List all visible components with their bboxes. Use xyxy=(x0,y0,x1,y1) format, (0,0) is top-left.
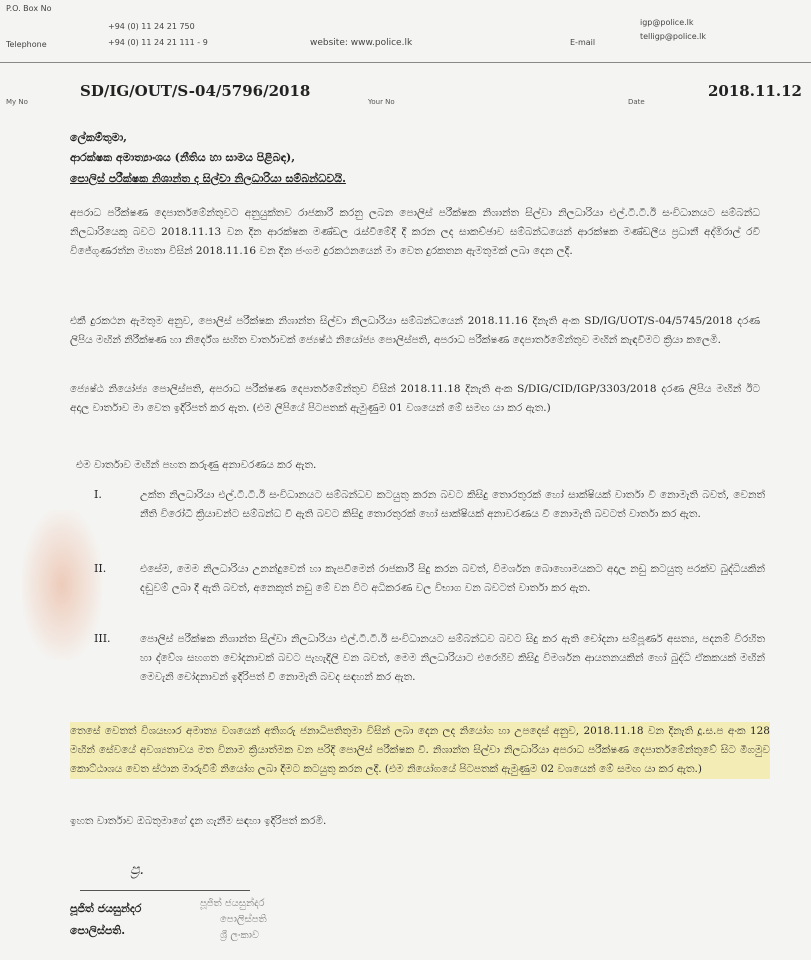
list-item-1-text: උක්ත නිලධාරියා එල්.ටී.ටී.ඊ සංවිධානයට සම්… xyxy=(140,486,765,524)
letterhead: P.O. Box No Telephone +94 (0) 11 24 21 7… xyxy=(0,0,811,80)
official-stamp: පූජිත් ජයසුන්දර පොලිස්පති ශ්‍රී ලංකාව xyxy=(200,896,267,944)
list-item-2-num: II. xyxy=(94,562,106,575)
stamp-line-3: ශ්‍රී ලංකාව xyxy=(200,928,267,944)
date-value: 2018.11.12 xyxy=(708,82,802,100)
your-no-label: Your No xyxy=(368,98,395,107)
paragraph-4: එම වාර්තාව මඟින් පහත කරුණු අනාවරණය කර ඇත… xyxy=(76,456,756,475)
signer-title: පොලිස්පති. xyxy=(70,920,141,942)
letter-page: P.O. Box No Telephone +94 (0) 11 24 21 7… xyxy=(0,0,811,960)
signer-block: පූජිත් ජයසුන්දර පොලිස්පති. xyxy=(70,898,141,942)
date-label: Date xyxy=(628,98,645,107)
paragraph-1: අපරාධ පරීක්ෂණ දෙපාර්තමේන්තුවට අනුයුක්තව … xyxy=(70,204,760,261)
stamp-line-2: පොලිස්පති xyxy=(200,912,267,928)
po-box-label: P.O. Box No xyxy=(6,4,51,14)
addressee: ලේකම්තුමා, ආරක්ෂක අමාත්‍යාංශය (නීතිය හා … xyxy=(70,128,295,168)
telephone-number-2: +94 (0) 11 24 21 111 - 9 xyxy=(108,38,208,48)
email-2: telligp@police.lk xyxy=(640,32,706,42)
telephone-label: Telephone xyxy=(6,40,47,50)
addressee-line-2: ආරක්ෂක අමාත්‍යාංශය (නීතිය හා සාමය පිළිබඳ… xyxy=(70,148,295,168)
subject-line: පොලිස් පරීක්ෂක නිශාන්ත ද සිල්වා නිලධාරිය… xyxy=(70,172,346,186)
closing-line: ඉහත වාර්තාව ඔබතුමාගේ දැන ගැනීම සඳහා ඉදිර… xyxy=(70,812,760,831)
signer-name: පූජිත් ජයසුන්දර xyxy=(70,898,141,920)
telephone-number-1: +94 (0) 11 24 21 750 xyxy=(108,22,195,32)
letterhead-divider xyxy=(0,62,811,63)
stamp-line-1: පූජිත් ජයසුන්දර xyxy=(200,896,267,912)
signature: ප්‍ර. xyxy=(130,862,144,878)
addressee-line-1: ලේකම්තුමා, xyxy=(70,128,295,148)
my-no-label: My No xyxy=(6,98,28,107)
signature-line xyxy=(80,890,250,891)
list-item-2-text: එසේම, මෙම නිලධාරියා උනන්දුවෙන් හා කැපවීම… xyxy=(140,560,765,598)
list-item-1-num: I. xyxy=(94,488,102,501)
website: website: www.police.lk xyxy=(310,38,412,48)
paper-stain xyxy=(22,510,102,660)
email-1: igp@police.lk xyxy=(640,18,694,28)
paragraph-3: ජ්‍යෙෂ්ඨ නියෝජ්‍ය පොලිස්පති, අපරාධ පරීක්… xyxy=(70,380,760,418)
highlighted-paragraph: තෙසේ වෙතත් විශයභාර අමාත්‍ය වශයෙන් අතිගරු… xyxy=(70,722,770,779)
paragraph-2: එකී දුරකථන ඇමතුම අනුව, පොලිස් පරීක්ෂක නි… xyxy=(70,312,760,350)
reference-row: My No SD/IG/OUT/S-04/5796/2018 Your No D… xyxy=(0,70,811,110)
email-label: E-mail xyxy=(570,38,595,48)
my-no-value: SD/IG/OUT/S-04/5796/2018 xyxy=(80,82,310,100)
list-item-3-num: III. xyxy=(94,632,111,645)
list-item-3-text: පොලිස් පරීක්ෂක නිශාන්ත සිල්වා නිලධාරියා … xyxy=(140,630,765,687)
